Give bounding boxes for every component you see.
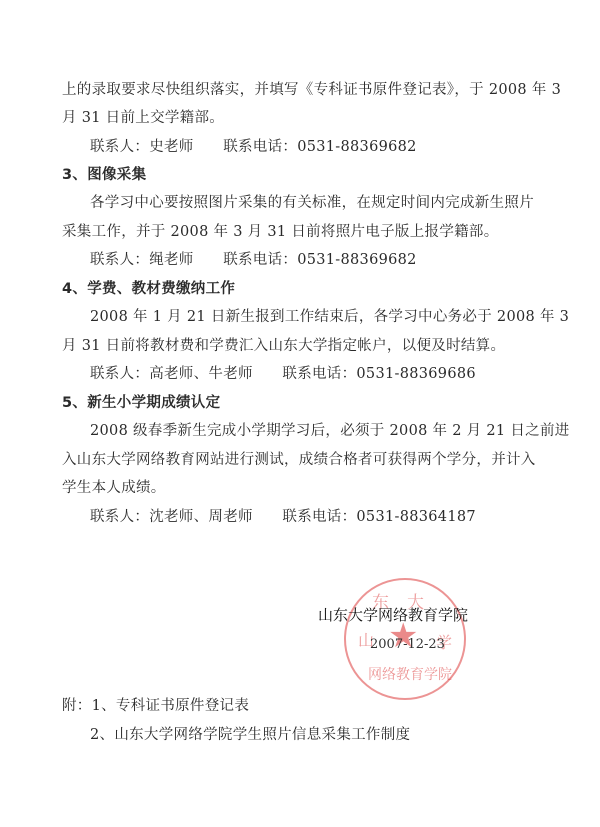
body-line: 2008 级春季新生完成小学期学习后，必须于 2008 年 2 月 21 日之前… bbox=[90, 419, 570, 440]
contact-line: 联系人：沈老师、周老师 联系电话：0531-88364187 bbox=[90, 505, 476, 526]
contact-line: 联系人：绳老师 联系电话：0531-88369682 bbox=[90, 248, 417, 269]
body-line: 上的录取要求尽快组织落实，并填写《专科证书原件登记表》，于 2008 年 3 bbox=[62, 78, 561, 99]
body-line: 各学习中心要按照图片采集的有关标准，在规定时间内完成新生照片 bbox=[90, 191, 534, 212]
contact-line: 联系人：史老师 联系电话：0531-88369682 bbox=[90, 135, 417, 156]
contact-line: 联系人：高老师、牛老师 联系电话：0531-88369686 bbox=[90, 362, 476, 383]
section-heading-4: 4、学费、教材费缴纳工作 bbox=[62, 277, 235, 298]
section-heading-3: 3、图像采集 bbox=[62, 163, 146, 184]
seal-bottom-text: 网络教育学院 bbox=[368, 664, 452, 684]
signature-org: 山东大学网络教育学院 bbox=[318, 604, 468, 625]
attachment-1: 附：1、专科证书原件登记表 bbox=[62, 694, 249, 715]
body-line: 学生本人成绩。 bbox=[62, 476, 166, 497]
body-line: 月 31 日前上交学籍部。 bbox=[62, 106, 224, 127]
section-heading-5: 5、新生小学期成绩认定 bbox=[62, 391, 220, 412]
body-line: 入山东大学网络教育网站进行测试，成绩合格者可获得两个学分，并计入 bbox=[62, 448, 536, 469]
body-line: 2008 年 1 月 21 日新生报到工作结束后，各学习中心务必于 2008 年… bbox=[90, 305, 569, 326]
attachment-2: 2、山东大学网络学院学生照片信息采集工作制度 bbox=[90, 723, 410, 744]
body-line: 采集工作，并于 2008 年 3 月 31 日前将照片电子版上报学籍部。 bbox=[62, 220, 499, 241]
body-line: 月 31 日前将教材费和学费汇入山东大学指定帐户，以便及时结算。 bbox=[62, 334, 505, 355]
signature-date: 2007-12-23 bbox=[370, 637, 445, 652]
